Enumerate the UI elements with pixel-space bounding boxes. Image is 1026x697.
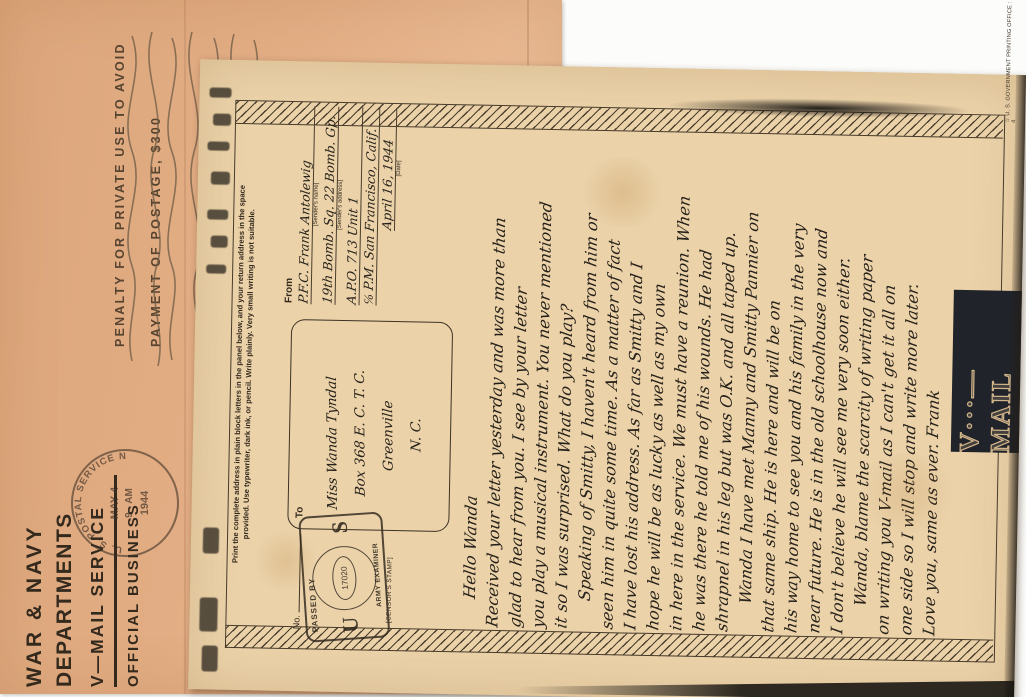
vmail-form: Print the complete address in plain bloc… (188, 59, 1026, 697)
scanned-vmail-document: PENALTY FOR PRIVATE USE TO AVOID PAYMENT… (0, 0, 1026, 697)
film-edge-mark (207, 141, 229, 150)
film-edge-mark (211, 235, 228, 247)
to-address-line: Box 368 E. C. T. C. (346, 331, 375, 514)
no-label: No. (291, 615, 301, 629)
stamp-letter-u: U (337, 616, 364, 634)
examiner-number: 17020 (331, 555, 358, 601)
film-edge-mark (206, 264, 226, 273)
to-address-line: Greenville (374, 334, 403, 517)
sender-address3-handwriting: ℅ P.M. San Francisco, Calif. (361, 105, 381, 305)
department-line-1: WAR & NAVY (20, 443, 50, 687)
film-edge-mark (201, 645, 217, 671)
to-address-line: N. C. (402, 336, 431, 519)
to-address-handwriting: Miss Wanda TyndalBox 368 E. C. T. C.Gree… (318, 328, 431, 519)
stamp-circle: 17020 (310, 544, 378, 612)
vmail-letter-print: Print the complete address in plain bloc… (188, 59, 1026, 697)
postmark-year: 1944 (139, 490, 151, 515)
message-body: Hello WandaReceived your letter yesterda… (457, 118, 950, 635)
film-edge-mark (199, 597, 218, 631)
to-address-line: Miss Wanda Tyndal (318, 328, 347, 511)
to-address-box: To Miss Wanda TyndalBox 368 E. C. T. C.G… (287, 319, 453, 532)
postmark-stamp: U. S. POSTAL SERVICE NO. 4 MAY 4 9 - AM … (68, 446, 182, 560)
film-edge-mark (211, 171, 230, 184)
film-edge-mark (209, 87, 231, 97)
censor-passed-stamp: PASSED BY U S 17020 ARMY EXAMINER (298, 511, 390, 642)
postmark-date: MAY 4 (109, 486, 121, 519)
from-address-panel: From P.F.C. Frank Antolewig [Sender's na… (284, 105, 466, 306)
to-label: To (294, 507, 305, 519)
film-edge-mark (213, 113, 231, 125)
date-handwriting: April 16, 1944 (379, 106, 397, 231)
envelope-flap-edge (527, 0, 529, 70)
film-edge-mark (203, 527, 219, 553)
film-edge-mark (207, 209, 228, 219)
postmark-time: 9 - AM (124, 488, 135, 518)
